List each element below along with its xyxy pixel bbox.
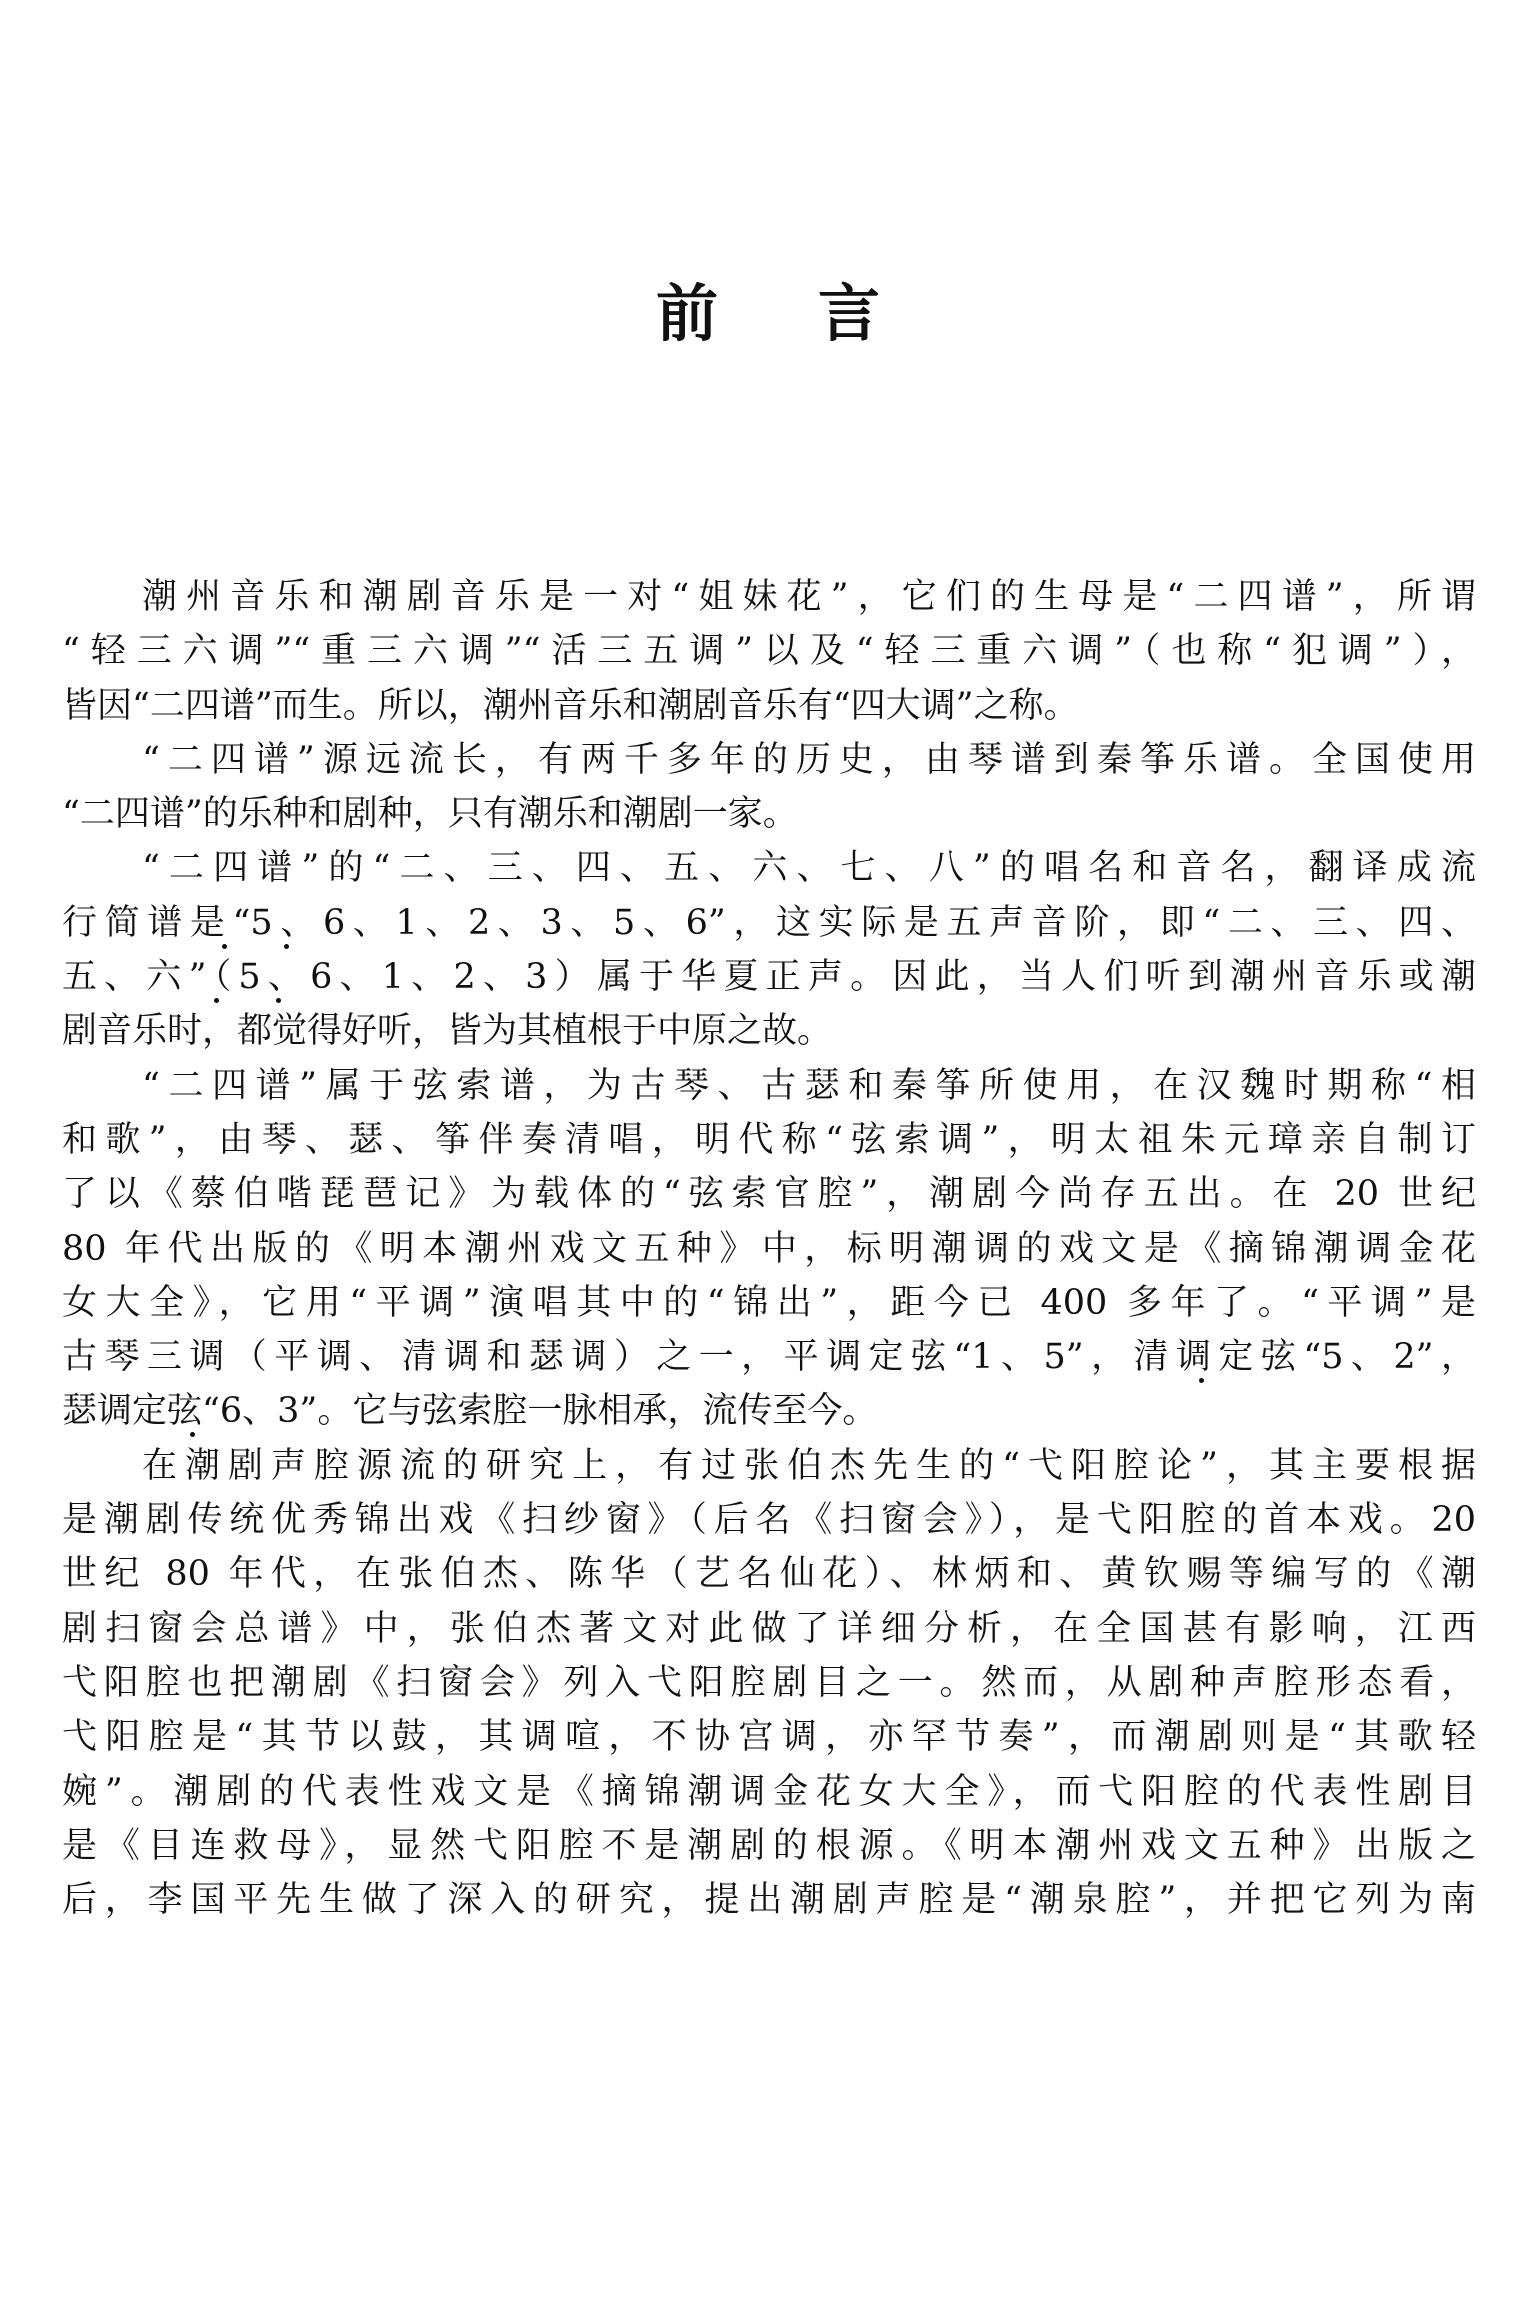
text-line: 弋阳腔是“其节以鼓，其调喧，不协宫调，亦罕节奏”，而潮剧则是“其歌轻 bbox=[62, 1710, 1476, 1764]
text-line: 剧音乐时，都觉得好听，皆为其植根于中原之故。 bbox=[62, 1004, 1476, 1058]
text-line: 女大全》，它用“平调”演唱其中的“锦出”，距今已 400 多年了。“平调”是 bbox=[62, 1276, 1476, 1330]
low-octave-dot bbox=[284, 944, 289, 949]
text-line: 皆因“二四谱”而生。所以，潮州音乐和潮剧音乐有“四大调”之称。 bbox=[62, 679, 1476, 733]
title-char-1: 前 bbox=[656, 264, 718, 353]
text-line: 古琴三调（平调、清调和瑟调）之一，平调定弦“1、5”，清调定弦“5、2”， bbox=[62, 1330, 1476, 1384]
text-line: 瑟调定弦“6、3”。它与弦索腔一脉相承，流传至今。 bbox=[62, 1384, 1476, 1438]
text-line: 和歌”，由琴、瑟、筝伴奏清唱，明代称“弦索调”，明太祖朱元璋亲自制订 bbox=[62, 1113, 1476, 1167]
text-line: 五、六”（5、6、1、2、3）属于华夏正声。因此，当人们听到潮州音乐或潮 bbox=[62, 950, 1476, 1004]
text-line: “二四谱”属于弦索谱，为古琴、古瑟和秦筝所使用，在汉魏时期称“相 bbox=[62, 1059, 1476, 1113]
low-octave-dot bbox=[276, 998, 281, 1003]
page-title: 前言 bbox=[0, 264, 1536, 353]
title-char-2: 言 bbox=[818, 264, 880, 353]
body-text: 潮州音乐和潮剧音乐是一对“姐妹花”，它们的生母是“二四谱”，所谓“轻三六调”“重… bbox=[62, 570, 1476, 1927]
text-line: 是《目连救母》，显然弋阳腔不是潮剧的根源。《明本潮州戏文五种》出版之 bbox=[62, 1819, 1476, 1873]
text-line: 潮州音乐和潮剧音乐是一对“姐妹花”，它们的生母是“二四谱”，所谓 bbox=[62, 570, 1476, 624]
text-line: 剧扫窗会总谱》中，张伯杰著文对此做了详细分析，在全国甚有影响，江西 bbox=[62, 1602, 1476, 1656]
text-line: 行简谱是“5、6、1、2、3、5、6”，这实际是五声音阶，即“二、三、四、 bbox=[62, 896, 1476, 950]
text-line: 婉”。潮剧的代表性戏文是《摘锦潮调金花女大全》，而弋阳腔的代表性剧目 bbox=[62, 1765, 1476, 1819]
text-line: “轻三六调”“重三六调”“活三五调”以及“轻三重六调”（也称“犯调”）， bbox=[62, 624, 1476, 678]
text-line: “二四谱”的“二、三、四、五、六、七、八”的唱名和音名，翻译成流 bbox=[62, 841, 1476, 895]
low-octave-dot bbox=[190, 1432, 195, 1437]
text-line: 后，李国平先生做了深入的研究，提出潮剧声腔是“潮泉腔”，并把它列为南 bbox=[62, 1873, 1476, 1927]
low-octave-dot bbox=[1199, 1378, 1204, 1383]
text-line: 80 年代出版的《明本潮州戏文五种》中，标明潮调的戏文是《摘锦潮调金花 bbox=[62, 1222, 1476, 1276]
low-octave-dot bbox=[214, 998, 219, 1003]
low-octave-dot bbox=[222, 944, 227, 949]
text-line: 世纪 80 年代，在张伯杰、陈华（艺名仙花）、林炳和、黄钦赐等编写的《潮 bbox=[62, 1547, 1476, 1601]
text-line: 了以《蔡伯喈琵琶记》为载体的“弦索官腔”，潮剧今尚存五出。在 20 世纪 bbox=[62, 1167, 1476, 1221]
text-line: “二四谱”源远流长，有两千多年的历史，由琴谱到秦筝乐谱。全国使用 bbox=[62, 733, 1476, 787]
text-line: 是潮剧传统优秀锦出戏《扫纱窗》（后名《扫窗会》），是弋阳腔的首本戏。20 bbox=[62, 1493, 1476, 1547]
text-line: 在潮剧声腔源流的研究上，有过张伯杰先生的“弋阳腔论”，其主要根据 bbox=[62, 1439, 1476, 1493]
text-line: “二四谱”的乐种和剧种，只有潮乐和潮剧一家。 bbox=[62, 787, 1476, 841]
text-line: 弋阳腔也把潮剧《扫窗会》列入弋阳腔剧目之一。然而，从剧种声腔形态看， bbox=[62, 1656, 1476, 1710]
